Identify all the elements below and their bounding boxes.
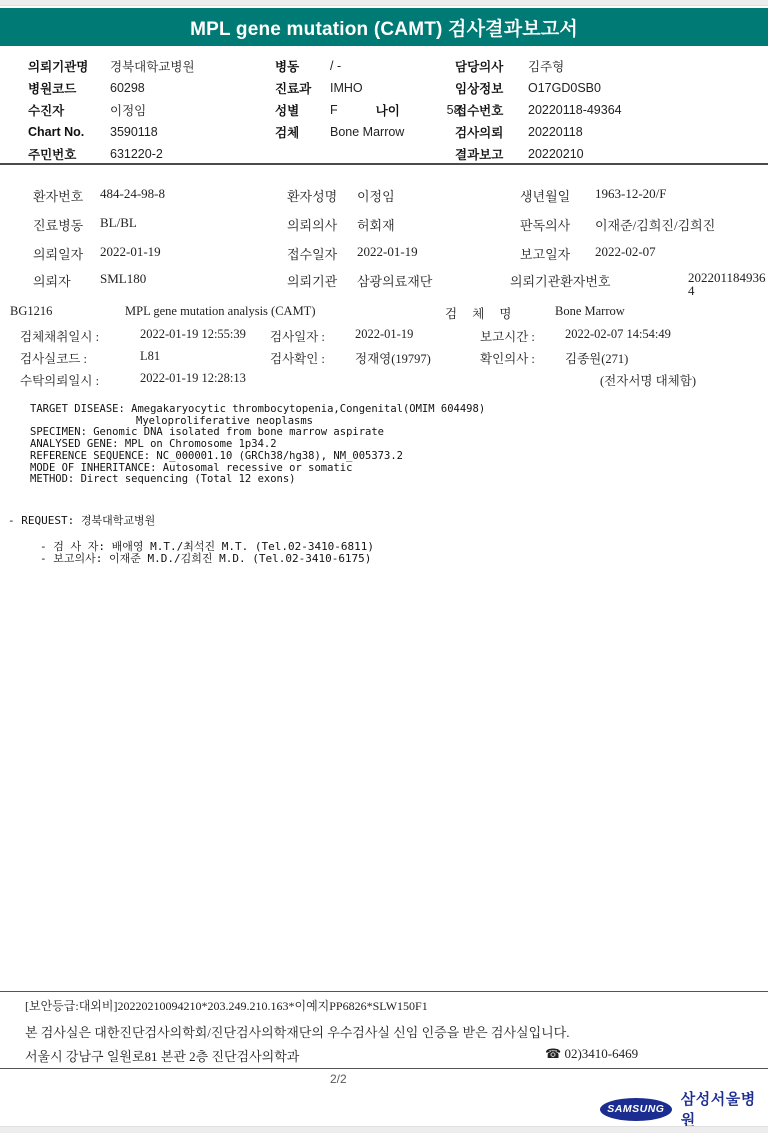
field-label: 환자성명 xyxy=(287,186,337,205)
esignature-note: (전자서명 대체함) xyxy=(600,371,696,389)
field-label: 확인의사 : xyxy=(480,349,535,367)
field-value: 이정임 xyxy=(357,186,395,205)
field-value: 경북대학교병원 xyxy=(110,57,195,75)
patient-row: 의뢰자 SML180 의뢰기관 삼광의료재단 의뢰기관환자번호 20220118… xyxy=(0,271,768,289)
detail-line: TARGET DISEASE: Amegakaryocytic thromboc… xyxy=(30,404,750,416)
hospital-logo: SAMSUNG 삼성서울병원 xyxy=(600,1088,768,1130)
field-label: 검체채취일시 : xyxy=(20,327,99,345)
field-value: 1963-12-20/F xyxy=(595,186,667,202)
report-title-bar: MPL gene mutation (CAMT) 검사결과보고서 xyxy=(0,8,768,46)
field-value: 김종원(271) xyxy=(565,349,628,367)
phone-icon: ☎ xyxy=(545,1046,561,1061)
field-value: SML180 xyxy=(100,271,146,287)
test-row: 검체채취일시 : 2022-01-19 12:55:39 검사일자 : 2022… xyxy=(0,327,768,345)
field-label: Chart No. xyxy=(28,125,110,139)
samsung-logo-icon: SAMSUNG xyxy=(600,1098,672,1121)
field-value: 허회재 xyxy=(357,215,395,234)
phone-line: ☎ 02)3410-6469 xyxy=(545,1046,638,1062)
test-row: 수탁의뢰일시 : 2022-01-19 12:28:13 (전자서명 대체함) xyxy=(0,371,768,389)
field-hospital-code: 병원코드 60298 xyxy=(28,77,195,99)
field-label-age: 나이 xyxy=(376,101,431,119)
phone-number: 02)3410-6469 xyxy=(564,1046,638,1061)
field-value: 3590118 xyxy=(110,125,158,139)
field-label: 주민번호 xyxy=(28,145,110,163)
staff-block: - 검 사 자: 배애영 M.T./최석진 M.T. (Tel.02-3410-… xyxy=(40,541,374,565)
field-label: 임상정보 xyxy=(455,79,528,97)
field-label: 병원코드 xyxy=(28,79,110,97)
field-value: / - xyxy=(330,59,341,73)
field-value: Bone Marrow xyxy=(330,125,404,139)
field-value: Bone Marrow xyxy=(555,304,625,319)
patient-row: 환자번호 484-24-98-8 환자성명 이정임 생년월일 1963-12-2… xyxy=(0,186,768,204)
field-value: 2022-02-07 xyxy=(595,244,656,260)
field-result-report-date: 결과보고 20220210 xyxy=(455,143,622,165)
field-label: 검사일자 : xyxy=(270,327,325,345)
page-number: 2/2 xyxy=(330,1072,347,1086)
field-label: 의뢰일자 xyxy=(33,244,83,263)
detail-line: REFERENCE SEQUENCE: NC_000001.10 (GRCh38… xyxy=(30,451,750,463)
field-value: 삼광의료재단 xyxy=(357,271,432,290)
field-value: 20220210 xyxy=(528,147,584,161)
bottom-strip xyxy=(0,1126,768,1133)
field-value: IMHO xyxy=(330,81,363,95)
field-label: 의뢰기관명 xyxy=(28,57,110,75)
top-strip xyxy=(0,0,768,6)
patient-row: 의뢰일자 2022-01-19 접수일자 2022-01-19 보고일자 202… xyxy=(0,244,768,262)
field-label: 검 체 명 xyxy=(445,304,517,322)
field-value: L81 xyxy=(140,349,160,364)
test-code: BG1216 xyxy=(10,304,52,319)
field-label: 접수일자 xyxy=(287,244,337,263)
field-label: 생년월일 xyxy=(520,186,570,205)
field-label: 접수번호 xyxy=(455,101,528,119)
field-label: 의뢰기관 xyxy=(287,271,337,290)
field-label: 의뢰기관환자번호 xyxy=(510,271,610,290)
field-department: 진료과 IMHO xyxy=(275,77,461,99)
field-value: 2022-01-19 xyxy=(100,244,161,260)
field-value: 484-24-98-8 xyxy=(100,186,165,202)
samsung-logo-text: SAMSUNG xyxy=(607,1103,664,1115)
field-value: 60298 xyxy=(110,81,145,95)
field-label: 검사확인 : xyxy=(270,349,325,367)
field-value: 정재영(19797) xyxy=(355,349,431,367)
field-value: 631220-2 xyxy=(110,147,163,161)
report-page: MPL gene mutation (CAMT) 검사결과보고서 의뢰기관명 경… xyxy=(0,0,768,1133)
field-label: 검체 xyxy=(275,123,330,141)
field-label: 검사실코드 : xyxy=(20,349,87,367)
field-value: F xyxy=(330,103,338,117)
field-value: 이재준/김희진/김희진 xyxy=(595,215,715,234)
section-divider xyxy=(0,163,768,165)
field-chart-no: Chart No. 3590118 xyxy=(28,121,195,143)
field-value: O17GD0SB0 xyxy=(528,81,601,95)
test-name: MPL gene mutation analysis (CAMT) xyxy=(125,304,316,319)
field-value: 2022-01-19 xyxy=(357,244,418,260)
field-value: 2022-01-19 12:28:13 xyxy=(140,371,246,386)
field-label: 수진자 xyxy=(28,101,110,119)
field-label: 판독의사 xyxy=(520,215,570,234)
test-title-row: BG1216 MPL gene mutation analysis (CAMT)… xyxy=(0,304,768,322)
field-label: 수탁의뢰일시 : xyxy=(20,371,99,389)
field-value: 2022-01-19 xyxy=(355,327,413,342)
field-label: 병동 xyxy=(275,57,330,75)
field-resident-no: 주민번호 631220-2 xyxy=(28,143,195,165)
security-classification-line: [보안등급:대외비]20220210094210*203.249.210.163… xyxy=(25,997,428,1014)
field-label: 결과보고 xyxy=(455,145,528,163)
footer-divider-bottom xyxy=(0,1068,768,1069)
field-examinee: 수진자 이정임 xyxy=(28,99,195,121)
field-sex-age: 성별 F 나이 58 xyxy=(275,99,461,121)
field-value: 2022-02-07 14:54:49 xyxy=(565,327,671,342)
field-value: 20220118-49364 xyxy=(528,103,622,117)
field-value: 2022011849364 xyxy=(688,271,768,297)
field-ward: 병동 / - xyxy=(275,55,461,77)
address-line: 서울시 강남구 일원로81 본관 2층 진단검사의학과 xyxy=(25,1046,299,1065)
patient-row: 진료병동 BL/BL 의뢰의사 허회재 판독의사 이재준/김희진/김희진 xyxy=(0,215,768,233)
field-test-request-date: 검사의뢰 20220118 xyxy=(455,121,622,143)
field-reception-no: 접수번호 20220118-49364 xyxy=(455,99,622,121)
field-value: BL/BL xyxy=(100,215,137,231)
field-label: 검사의뢰 xyxy=(455,123,528,141)
field-value: 2022-01-19 12:55:39 xyxy=(140,327,246,342)
field-clinical-info: 임상정보 O17GD0SB0 xyxy=(455,77,622,99)
field-value: 이정임 xyxy=(110,101,146,119)
reporting-doctor-line: - 보고의사: 이재준 M.D./김희진 M.D. (Tel.02-3410-6… xyxy=(40,553,374,565)
field-label: 보고시간 : xyxy=(480,327,535,345)
header-col-admin: 담당의사 김주형 임상정보 O17GD0SB0 접수번호 20220118-49… xyxy=(455,55,622,165)
request-line: - REQUEST: 경북대학교병원 xyxy=(8,512,155,528)
page-title: MPL gene mutation (CAMT) 검사결과보고서 xyxy=(190,14,578,41)
field-label: 환자번호 xyxy=(33,186,83,205)
field-label: 성별 xyxy=(275,101,330,119)
header-col-clinical: 병동 / - 진료과 IMHO 성별 F 나이 58 검체 Bone Marro… xyxy=(275,55,461,143)
field-value: 김주형 xyxy=(528,57,564,75)
field-label: 진료과 xyxy=(275,79,330,97)
test-details-block: TARGET DISEASE: Amegakaryocytic thromboc… xyxy=(30,404,750,486)
accreditation-line: 본 검사실은 대한진단검사의학회/진단검사의학재단의 우수검사실 신임 인증을 … xyxy=(25,1022,570,1041)
field-label: 의뢰자 xyxy=(33,271,71,290)
field-label: 진료병동 xyxy=(33,215,83,234)
field-label: 보고일자 xyxy=(520,244,570,263)
field-doctor-in-charge: 담당의사 김주형 xyxy=(455,55,622,77)
field-value: 20220118 xyxy=(528,125,583,139)
header-col-institution: 의뢰기관명 경북대학교병원 병원코드 60298 수진자 이정임 Chart N… xyxy=(28,55,195,165)
hospital-name: 삼성서울병원 xyxy=(681,1088,768,1130)
field-label: 의뢰의사 xyxy=(287,215,337,234)
footer-divider-top xyxy=(0,991,768,992)
detail-line: METHOD: Direct sequencing (Total 12 exon… xyxy=(30,474,750,486)
field-label: 담당의사 xyxy=(455,57,528,75)
test-row: 검사실코드 : L81 검사확인 : 정재영(19797) 확인의사 : 김종원… xyxy=(0,349,768,367)
field-requesting-institution: 의뢰기관명 경북대학교병원 xyxy=(28,55,195,77)
field-specimen: 검체 Bone Marrow xyxy=(275,121,461,143)
